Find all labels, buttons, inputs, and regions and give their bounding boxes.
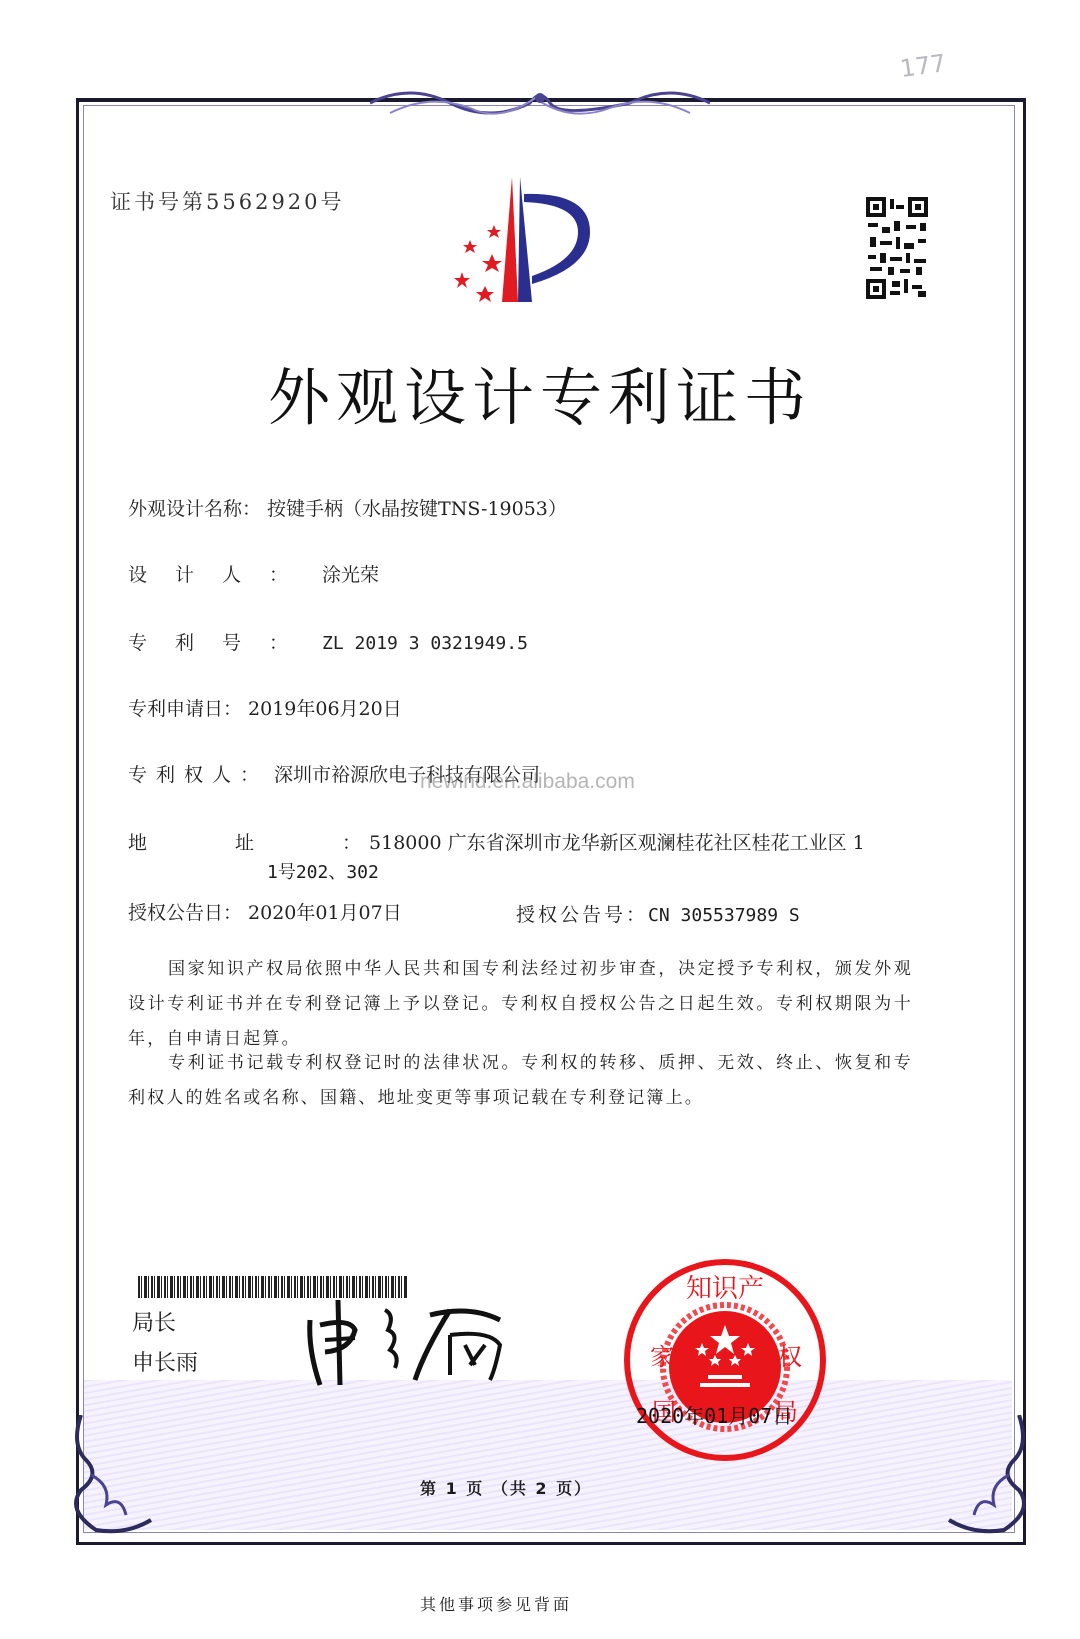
application-date-value: 2019年06月20日 <box>248 698 402 720</box>
grant-date-label: 授权公告日： <box>128 898 242 925</box>
director-title: 局长 <box>132 1306 176 1337</box>
field-grant-number: 授权公告号：CN 305537989 S <box>516 900 800 927</box>
signature-icon <box>300 1290 520 1390</box>
certificate-frame-inner <box>83 105 1015 1533</box>
grant-date-value: 2020年01月07日 <box>248 902 402 924</box>
design-name-value: 按键手柄（水晶按键TNS-19053） <box>267 498 567 520</box>
certificate-number: 证书号第5562920号 <box>110 186 345 216</box>
director-name: 申长雨 <box>132 1346 198 1377</box>
official-seal-icon: 知识产 家 权 国 局 <box>620 1255 830 1465</box>
address-value-line1: 518000 广东省深圳市龙华新区观澜桂花社区桂花工业区 1 <box>369 832 865 854</box>
design-name-label: 外观设计名称： <box>128 494 261 521</box>
page-info: 第 1 页 （共 2 页） <box>420 1476 592 1499</box>
seal-date: 2020年01月07日 <box>636 1400 792 1429</box>
svg-text:家: 家 <box>650 1343 674 1371</box>
grant-number-value: CN 305537989 S <box>648 905 800 926</box>
field-address: 地址：518000 广东省深圳市龙华新区观澜桂花社区桂花工业区 1 <box>128 828 865 855</box>
qr-code-icon <box>866 197 928 299</box>
field-design-name: 外观设计名称：按键手柄（水晶按键TNS-19053） <box>128 494 567 521</box>
guilloche-pattern <box>84 1380 1012 1530</box>
ornament-corner-left-icon <box>66 1415 156 1535</box>
certificate-title: 外观设计专利证书 <box>0 348 1080 437</box>
patent-number-label: 专利号： <box>128 628 316 655</box>
cnipa-logo-icon <box>440 172 610 307</box>
field-application-date: 专利申请日：2019年06月20日 <box>128 694 402 721</box>
footer-note: 其他事项参见背面 <box>420 1592 572 1615</box>
patentee-label: 专利权人： <box>128 760 268 787</box>
ornament-top-icon <box>370 78 710 128</box>
grant-number-label: 授权公告号： <box>516 904 648 926</box>
field-patent-number: 专利号：ZL 2019 3 0321949.5 <box>128 628 528 655</box>
legal-paragraph-1: 国家知识产权局依照中华人民共和国专利法经过初步审查，决定授予专利权，颁发外观设计… <box>128 952 913 1057</box>
watermark-text: newind.en.alibaba.com <box>420 770 635 794</box>
field-grant-date: 授权公告日：2020年01月07日 <box>128 898 402 925</box>
ornament-corner-right-icon <box>944 1415 1034 1535</box>
svg-text:知识产: 知识产 <box>686 1274 764 1304</box>
handwritten-note: 177 <box>898 49 947 83</box>
application-date-label: 专利申请日： <box>128 694 242 721</box>
svg-text:权: 权 <box>778 1343 802 1371</box>
legal-paragraph-2: 专利证书记载专利权登记时的法律状况。专利权的转移、质押、无效、终止、恢复和专利权… <box>128 1046 913 1116</box>
designer-label: 设计人： <box>128 560 316 587</box>
designer-value: 涂光荣 <box>322 564 379 586</box>
patent-number-value: ZL 2019 3 0321949.5 <box>322 633 528 654</box>
field-designer: 设计人：涂光荣 <box>128 560 379 587</box>
address-value-line2: 1号202、302 <box>267 858 379 884</box>
